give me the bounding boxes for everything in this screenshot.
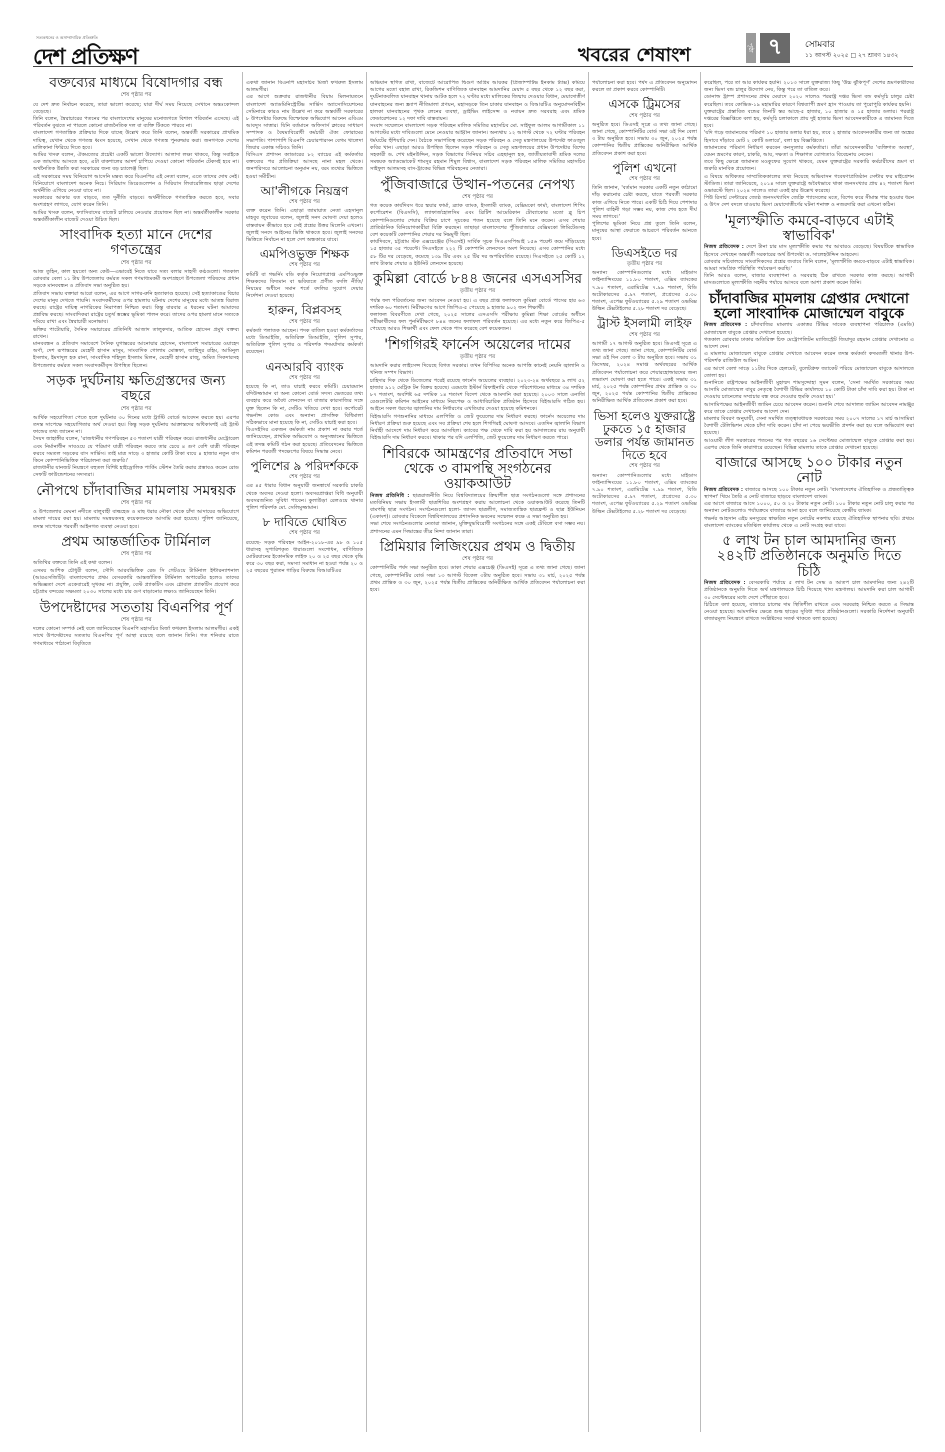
paragraph: আমির খসরু বলেন, ফ্যাসিবাদের বাজেট চালিয়… <box>33 210 239 224</box>
page-label: পৃষ্ঠা <box>746 33 756 63</box>
article-terminal[interactable]: প্রথম আন্তর্জাতিক টার্মিনাল শেষ পৃষ্ঠার … <box>33 535 239 597</box>
article-visa-bond-cont[interactable]: করেছিল, পরে তা আর কার্যকর হয়নি। ২০১৩ সা… <box>704 80 914 210</box>
paragraph: দলের কোনো সম্পর্ক নেই বলে জানিয়েছেন বিএ… <box>33 626 239 648</box>
paragraph: মানববন্ধন ও প্রতিবাদ সমাবেশে দৈনিক যুগান… <box>33 341 239 370</box>
headline[interactable]: সড়ক দুর্ঘটনায় ক্ষতিগ্রস্তদের জন্য বছরে <box>33 374 239 405</box>
article-note[interactable]: বাজারে আসছে ১০০ টাকার নতুন নোট নিজস্ব প্… <box>704 456 914 530</box>
paragraph: সভা শেষে সংগঠনগুলোর নেতারা জানান, মুক্তি… <box>370 521 585 535</box>
headline[interactable]: ট্রাস্ট ইসলামী লাইফ <box>592 317 697 330</box>
article-harun[interactable]: হারুন, বিপ্লবসহ শেষ পৃষ্ঠার পর কর্মকর্তা… <box>246 304 363 356</box>
continuation-note: শেষ পৃষ্ঠার পর <box>33 406 239 413</box>
article-police9[interactable]: পুলিশের ৯ পরিদর্শককে শেষ পৃষ্ঠার পর এর ৪… <box>246 460 363 512</box>
paragraph: জামানতের পরিমাণ নির্ধারণ করবেন কনস্যুলার… <box>704 145 914 159</box>
byline: নিজস্ব প্রতিবেদক : <box>704 580 745 586</box>
headline[interactable]: এনআরবি ব্যাংক <box>246 361 363 374</box>
paragraph: আর্থিক সহযোগিতা পেতে হলে দুর্ঘটনার ৩০ দি… <box>33 415 239 437</box>
headline[interactable]: কুমিল্লা বোর্ডে ৮৪৪ জনের এসএসসির <box>370 272 585 287</box>
article-cumilla[interactable]: কুমিল্লা বোর্ডে ৮৪৪ জনের এসএসসির তৃতীয় … <box>370 272 585 334</box>
column-2: একথা জানান বিএনপি মহাসচিব মির্জা ফখরুল ই… <box>246 80 363 1442</box>
paragraph: অন্যান্য কোম্পানিগুলোর মধ্যে মাইডাস ফাইন… <box>592 270 697 313</box>
paragraph: পর্যালোচনা করা হবে। পর্ষদ এ প্রতিবেদন অন… <box>592 80 697 94</box>
paragraph: এর আগে বেলা সাড়ে ১১টার দিকে হেলমেট, বুল… <box>704 366 914 380</box>
continuation-note: তৃতীয় পৃষ্ঠার পর <box>370 354 585 361</box>
paragraph: 'যদি গড়ে জামানতের পরিমাণ ১০ হাজার ডলার … <box>704 130 914 144</box>
article-oviyan[interactable]: অভিযান স্থগিত রাখা, বাজেটে আরোপিত দ্বিগু… <box>370 80 585 174</box>
column-divider <box>366 72 367 1432</box>
article-mullasfiti[interactable]: 'মূল্যস্ফীতি কমবে-বাড়বে এটাই স্বাভাবিক'… <box>704 214 914 288</box>
article-bidvesh[interactable]: বক্তব্যের মাধ্যমে বিষোদগার বন্ধ শেষ পৃষ্… <box>33 76 239 224</box>
paragraph: ডোনাল্ড ট্রাম্প প্রশাসনের প্রথম মেয়াদে … <box>704 94 914 108</box>
article-nrb[interactable]: এনআরবি ব্যাংক শেষ পৃষ্ঠার পর হয়েছে কি ন… <box>246 361 363 456</box>
headline[interactable]: বাজারে আসছে ১০০ টাকার নতুন নোট <box>704 456 914 487</box>
headline[interactable]: আ'লীগকে নিয়ন্ত্রণ <box>246 185 363 198</box>
paragraph: এই সরকারের সময় বিনিয়োগ আসেনি মন্তব্য ক… <box>33 174 239 196</box>
continuation-note: শেষ পৃষ্ঠার পর <box>246 319 363 326</box>
article-premier[interactable]: প্রিমিয়ার লিজিংয়ের প্রথম ও দ্বিতীয় শে… <box>370 540 585 594</box>
paragraph: অভিযান স্থগিত রাখা, বাজেটে আরোপিত দ্বিগু… <box>370 80 585 123</box>
paragraph: গতকাল রোববার ঢাকার অতিরিক্ত চিফ মেট্রোপল… <box>704 337 914 351</box>
article-mpo[interactable]: এমপিওভুক্ত শিক্ষক শেষ পৃষ্ঠার পর কমিটি ব… <box>246 248 363 300</box>
paragraph: সৈয়দ জাহাঙ্গীর বলেন, 'রাজধানীর গণপরিবহন… <box>33 436 239 465</box>
column-divider <box>588 72 589 1432</box>
paragraph: সরকারের আকার যত বাড়বে, তত দুর্নীতি বাড়… <box>33 195 239 209</box>
paragraph: বিইআরসি গণশুনানির মাধ্যমে এলপিজি ও জেট ফ… <box>370 414 585 443</box>
headline[interactable]: শিবিরকে আমন্ত্রণের প্রতিবাদে সভা থেকে ৩ … <box>370 447 585 493</box>
article-chandabaji[interactable]: চাঁদাবাজির মামলায় গ্রেপ্তার দেখানো হলো … <box>704 292 914 452</box>
paragraph: মামলার বিবরণ অনুযায়ী, সেনা সমর্থিত তত্ত… <box>704 416 914 438</box>
continuation-note: শেষ পৃষ্ঠার পর <box>592 463 697 470</box>
paragraph: চিঠিতে বলা হয়েছে, বাজারে চালের দাম স্থি… <box>704 602 914 624</box>
paragraph: ব্যক্ত করেন তিনি। এছাড়া জামায়াত নেতা এ… <box>246 208 363 244</box>
headline[interactable]: প্রিমিয়ার লিজিংয়ের প্রথম ও দ্বিতীয় <box>370 540 585 555</box>
paragraph: এর আগে বাজারে আসে ১০০০, ৫০ ও ২০ টাকার নত… <box>704 501 914 515</box>
continuation-note: শেষ পৃষ্ঠার পর <box>246 375 363 382</box>
headline[interactable]: পুঁজিবাজারে উত্থান-পতনের নেপথ্য <box>370 178 585 193</box>
paragraph: রয়েছে- সড়ক পরিবহন আইন-২০১৮-এর ৯৮ ও ১০৫… <box>246 540 363 576</box>
paragraph: অতিথির বক্তব্যে তিনি এই কথা বলেন। <box>33 560 239 567</box>
continuation-note: শেষ পৃষ্ঠার পর <box>33 551 239 558</box>
continuation-note: শেষ পৃষ্ঠার পর <box>370 194 585 201</box>
continuation-note: তৃতীয় পৃষ্ঠার পর <box>592 261 697 268</box>
continuation-note: শেষ পৃষ্ঠার পর <box>370 556 585 563</box>
headline[interactable]: উপদেষ্টাদের সততায় বিএনপির পূর্ণ <box>33 601 239 616</box>
paragraph: চাহিদার দিক থেকে ডিজেলের পরেই রয়েছে ফার… <box>370 378 585 414</box>
paragraph: পিউ রিসার্চ সেন্টারের জ্যেষ্ঠ জনসংখ্যাবি… <box>704 195 914 209</box>
paragraph: এ মামলায় মোজাম্মেল বাবুকে গ্রেপ্তার দেখ… <box>704 351 914 365</box>
paragraph: এ বিষয়ে অধিকতর সাম্প্রতিককালের তথ্য নিয… <box>704 174 914 196</box>
paragraph: ও উপজেলার মেঘনা নদীতে বালুবাহী বাল্কহেড … <box>33 509 239 531</box>
section-title: খবরের শেষাংশ <box>578 41 691 73</box>
paragraph: একথা জানান বিএনপি মহাসচিব মির্জা ফখরুল ই… <box>246 80 363 94</box>
paragraph: আসামিপক্ষের আইনজীবী জামিন চেয়ে আবেদন কর… <box>704 402 914 416</box>
article-bnp-statement[interactable]: একথা জানান বিএনপি মহাসচিব মির্জা ফখরুল ই… <box>246 80 363 181</box>
headline[interactable]: এমপিওভুক্ত শিক্ষক <box>246 248 363 261</box>
headline[interactable]: 'মূল্যস্ফীতি কমবে-বাড়বে এটাই স্বাভাবিক' <box>704 214 914 245</box>
column-5: করেছিল, পরে তা আর কার্যকর হয়নি। ২০১৩ সা… <box>704 80 914 1442</box>
headline[interactable]: পুলিশের ৯ পরিদর্শককে <box>246 460 363 473</box>
headline[interactable]: 'শিগগিরই ফার্নেস অয়েলের দামের <box>370 338 585 353</box>
continuation-note: শেষ পৃষ্ঠার পর <box>33 500 239 507</box>
continuation-note: শেষ পৃষ্ঠার পর <box>33 617 239 624</box>
article-punjibazar[interactable]: পুঁজিবাজারে উত্থান-পতনের নেপথ্য শেষ পৃষ্… <box>370 178 585 268</box>
column-3: অভিযান স্থগিত রাখা, বাজেটে আরোপিত দ্বিগু… <box>370 80 585 1442</box>
paragraph: করেছিল, পরে তা আর কার্যকর হয়নি। ২০১৩ সা… <box>704 80 914 94</box>
headline[interactable]: হারুন, বিপ্লবসহ <box>246 304 363 317</box>
paragraph: নিজস্ব প্রতিনিধি : ছাত্ররাজনীতি নিয়ে বি… <box>370 493 585 522</box>
continuation-note: শেষ পৃষ্ঠার পর <box>592 332 697 339</box>
continuation-note: শেষ পৃষ্ঠার পর <box>33 92 239 99</box>
article-dabi8[interactable]: ৮ দাবিতে ঘোষিত শেষ পৃষ্ঠার পর রয়েছে- সড… <box>246 516 363 575</box>
paragraph: নিজস্ব প্রতিবেদক : বেসরকারি পর্যায়ে ৫ ল… <box>704 580 914 602</box>
article-sorok[interactable]: সড়ক দুর্ঘটনায় ক্ষতিগ্রস্তদের জন্য বছরে… <box>33 374 239 480</box>
paragraph: পর্যন্ত ফল পরিবর্তনের জন্য আবেদন নেওয়া … <box>370 298 585 312</box>
headline[interactable]: প্রথম আন্তর্জাতিক টার্মিনাল <box>33 535 239 550</box>
continuation-note: শেষ পৃষ্ঠার পর <box>592 176 697 183</box>
paragraph: অন্যান্য কোম্পানিগুলোর মধ্যে মাইডাস ফাইন… <box>592 473 697 516</box>
paragraph: বিসিএস প্রশাসন ক্যাডারের ৮২ ব্যাচের এই ক… <box>246 152 363 181</box>
page-number: ৭ <box>760 33 790 63</box>
paragraph: ভক্তির পাটোয়ারি, দৈনিক সমাচারের প্রতিনি… <box>33 327 239 341</box>
paragraph: বাংলাদেশ গণতান্ত্রিক প্রক্রিয়ার দিকে যা… <box>33 130 239 152</box>
article-visa-bond[interactable]: ভিসা হলেও যুক্তরাষ্ট্রে ঢুকতে ১৫ হাজার ড… <box>592 410 697 516</box>
article-noupothe[interactable]: নৌপথে চাঁদাবাজির মামলায় সমন্বয়ক শেষ পৃ… <box>33 484 239 531</box>
paragraph: আমদানি করার লাইসেন্স দিয়েছে বিগত সরকার।… <box>370 363 585 377</box>
headline[interactable]: নৌপথে চাঁদাবাজির মামলায় সমন্বয়ক <box>33 484 239 499</box>
continuation-note: শেষ পৃষ্ঠার পর <box>592 113 697 120</box>
continuation-note: শেষ পৃষ্ঠার পর <box>246 530 363 537</box>
byline: নিজস্ব প্রতিনিধি : <box>370 493 409 499</box>
column-divider <box>242 72 243 1432</box>
headline[interactable]: ৫ লাখ টন চাল আমদানির জন্য ২৪২টি প্রতিষ্ঠ… <box>704 534 914 580</box>
paragraph: আমির খসরু বলেন, ঐকমত্যের প্রচেষ্টা একটি … <box>33 152 239 174</box>
paragraph: রাজধানীর যানজট নিয়ন্ত্রণে বহুতল বিশিষ্ট… <box>33 465 239 479</box>
paragraph: হয়েছে কি না, তাও যাচাই করবে কমিটি। চেয়… <box>246 384 363 427</box>
article-alig[interactable]: আ'লীগকে নিয়ন্ত্রণ শেষ পৃষ্ঠার পর ব্যক্ত… <box>246 185 363 244</box>
paragraph: রোববার সচিবালয়ে সাংবাদিকদের প্রশ্নের জব… <box>704 259 914 273</box>
paragraph: সংবাদ সম্মেলনে বাংলাদেশ সড়ক পরিবহন মালি… <box>370 123 585 173</box>
article-upodeshta[interactable]: উপদেষ্টাদের সততায় বিএনপির পূর্ণ শেষ পৃষ… <box>33 601 239 648</box>
paragraph: কমিটি বা গভর্নিং বডি কর্তৃক নিয়োগপ্রাপ্… <box>246 272 363 301</box>
issue-date: ১১ আগস্ট ২০২৫ □ ২৭ শ্রাবণ ১৪৩২ <box>805 50 898 61</box>
continuation-note: শেষ পৃষ্ঠার পর <box>246 474 363 481</box>
masthead-rule <box>33 66 913 67</box>
paragraph: তিনি বলেন, স্বৈরাচারের পতনের পর বাংলাদেশ… <box>33 116 239 130</box>
column-divider <box>700 72 701 1432</box>
column-4: পর্যালোচনা করা হবে। পর্ষদ এ প্রতিবেদন অন… <box>592 80 697 1442</box>
paragraph: গভর্নর আহসান এইচ মনসুরের স্বাক্ষরিত নতুন… <box>704 516 914 530</box>
paragraph: এর ৪৫ ধারার বিধান অনুযায়ী জনস্বার্থে সর… <box>246 483 363 512</box>
headline[interactable]: ভিসা হলেও যুক্তরাষ্ট্রে ঢুকতে ১৫ হাজার ড… <box>592 410 697 463</box>
paragraph: আগামী ১৭ আগস্ট অনুষ্ঠিত হবে। ডিএসই সূত্র… <box>592 341 697 406</box>
paragraph: এসময় আশিক চৌধুরী বলেন, সৌদি আরবভিত্তিক … <box>33 568 239 597</box>
headline[interactable]: চাঁদাবাজির মামলায় গ্রেপ্তার দেখানো হলো … <box>704 292 914 323</box>
byline: নিজস্ব প্রতিবেদক : <box>704 322 747 328</box>
masthead: সত্যকথনের ও অসাম্প্রদায়িক প্রতিশ্রুতি দ… <box>33 38 913 64</box>
byline: নিজস্ব প্রতিবেদক : <box>704 244 744 250</box>
paragraph: তিনি আরও বলেন, বাজার ব্যবস্থাপনা ও সরবরা… <box>704 273 914 287</box>
continuation-note: শেষ পৃষ্ঠার পর <box>246 199 363 206</box>
paragraph: যে দেশ দ্রুত নির্বাচন করেছে, তারা ভালো ক… <box>33 102 239 116</box>
column-1: বক্তব্যের মাধ্যমে বিষোদগার বন্ধ শেষ পৃষ্… <box>33 72 239 1442</box>
paragraph: নিজস্ব প্রতিবেদক : দেশে টানা চার মাস মূল… <box>704 244 914 258</box>
headline[interactable]: পুলিশ এখনো <box>592 162 697 175</box>
paragraph: গত কয়েক কার্যদিবস ধরে স্কয়ার ফার্মা, ব… <box>370 203 585 239</box>
paragraph: এর আগে শুক্রবার রাজধানীর বিয়াম মিলনায়ত… <box>246 94 363 152</box>
paragraph: নিজস্ব প্রতিবেদক : বাজারে আসছে ১০০ টাকার… <box>704 487 914 501</box>
paragraph: প্রতিবাদ সভায় বক্তারা আরো বলেন, এর আগে … <box>33 291 239 327</box>
paragraph: তবে কিছু ক্ষেত্রে জামানত মওকুফের সুযোগ থ… <box>704 159 914 173</box>
headline[interactable]: এসকে ট্রিমসের <box>592 98 697 111</box>
continuation-note: শেষ পৃষ্ঠার পর <box>33 260 239 267</box>
article-shibir[interactable]: শিবিরকে আমন্ত্রণের প্রতিবাদে সভা থেকে ৩ … <box>370 447 585 536</box>
paragraph: কর্মকর্তা পলাতক আছেন। পদক বাতিল হওয়া কর… <box>246 328 363 357</box>
paragraph: আজ তুহিন, কাল হয়তো অন্য কেউ—এভাবেই নিতে… <box>33 269 239 291</box>
headline[interactable]: ডিএসইতে দর <box>592 247 697 260</box>
article-sangbadik[interactable]: সাংবাদিক হত্যা মানে দেশের গণতন্ত্রের শেষ… <box>33 228 239 370</box>
article-chal[interactable]: ৫ লাখ টন চাল আমদানির জন্য ২৪২টি প্রতিষ্ঠ… <box>704 534 914 623</box>
article-trust-islami[interactable]: ট্রাস্ট ইসলামী লাইফ শেষ পৃষ্ঠার পর আগামী… <box>592 317 697 405</box>
continuation-note: তৃতীয় পৃষ্ঠার পর <box>370 288 585 295</box>
paragraph: কার্যদিবসে, চট্টগ্রাম স্টক এক্সচেঞ্জের (… <box>370 239 585 268</box>
headline[interactable]: ৮ দাবিতে ঘোষিত <box>246 516 363 529</box>
article-porjalochona[interactable]: পর্যালোচনা করা হবে। পর্ষদ এ প্রতিবেদন অন… <box>592 80 697 94</box>
article-dse-dor[interactable]: ডিএসইতে দর তৃতীয় পৃষ্ঠার পর অন্যান্য কো… <box>592 247 697 314</box>
article-furnace[interactable]: 'শিগগিরই ফার্নেস অয়েলের দামের তৃতীয় পৃ… <box>370 338 585 443</box>
paragraph: কোম্পানিটির পর্ষদ সভা অনুষ্ঠিত হবে। ডাকা… <box>370 565 585 594</box>
paragraph: অনুষ্ঠিত হবে। ডিএসই সূত্রে এ তথ্য জানা গ… <box>592 122 697 158</box>
continuation-note: শেষ পৃষ্ঠার পর <box>246 262 363 269</box>
paragraph: তিনি জানান, 'বর্তমান সরকার একটি নতুন কাঠ… <box>592 185 697 221</box>
paragraph: পুলিশের ভূমিকা নিয়ে প্রশ্ন তুলে তিনি বল… <box>592 221 697 243</box>
paragraph: বিএসইসির একজন কর্মকর্তা নাম প্রকাশ না কর… <box>246 427 363 456</box>
headline[interactable]: বক্তব্যের মাধ্যমে বিষোদগার বন্ধ <box>33 76 239 91</box>
paragraph: ফলাফল বিবরণীতে দেখা গেছে, ২০২৫ সালের এসএ… <box>370 312 585 334</box>
paragraph: যুক্তরাষ্ট্রের প্রস্তাবিত বন্ডের তিনটি স… <box>704 109 914 131</box>
paragraph: নিজস্ব প্রতিবেদক : চাঁদাবাজির মামলায় এক… <box>704 322 914 336</box>
article-sk-trims[interactable]: এসকে ট্রিমসের শেষ পৃষ্ঠার পর অনুষ্ঠিত হব… <box>592 98 697 157</box>
headline[interactable]: সাংবাদিক হত্যা মানে দেশের গণতন্ত্রের <box>33 228 239 259</box>
paragraph: শুনানিতে রাষ্ট্রপক্ষের আইনজীবী মুহাম্মদ … <box>704 380 914 402</box>
paragraph: আওয়ামী লীগ সরকারের পতনের পর গত বছরের ১৬… <box>704 438 914 452</box>
article-police-ekhono[interactable]: পুলিশ এখনো শেষ পৃষ্ঠার পর তিনি জানান, 'ব… <box>592 162 697 243</box>
byline: নিজস্ব প্রতিবেদক : <box>704 487 743 493</box>
